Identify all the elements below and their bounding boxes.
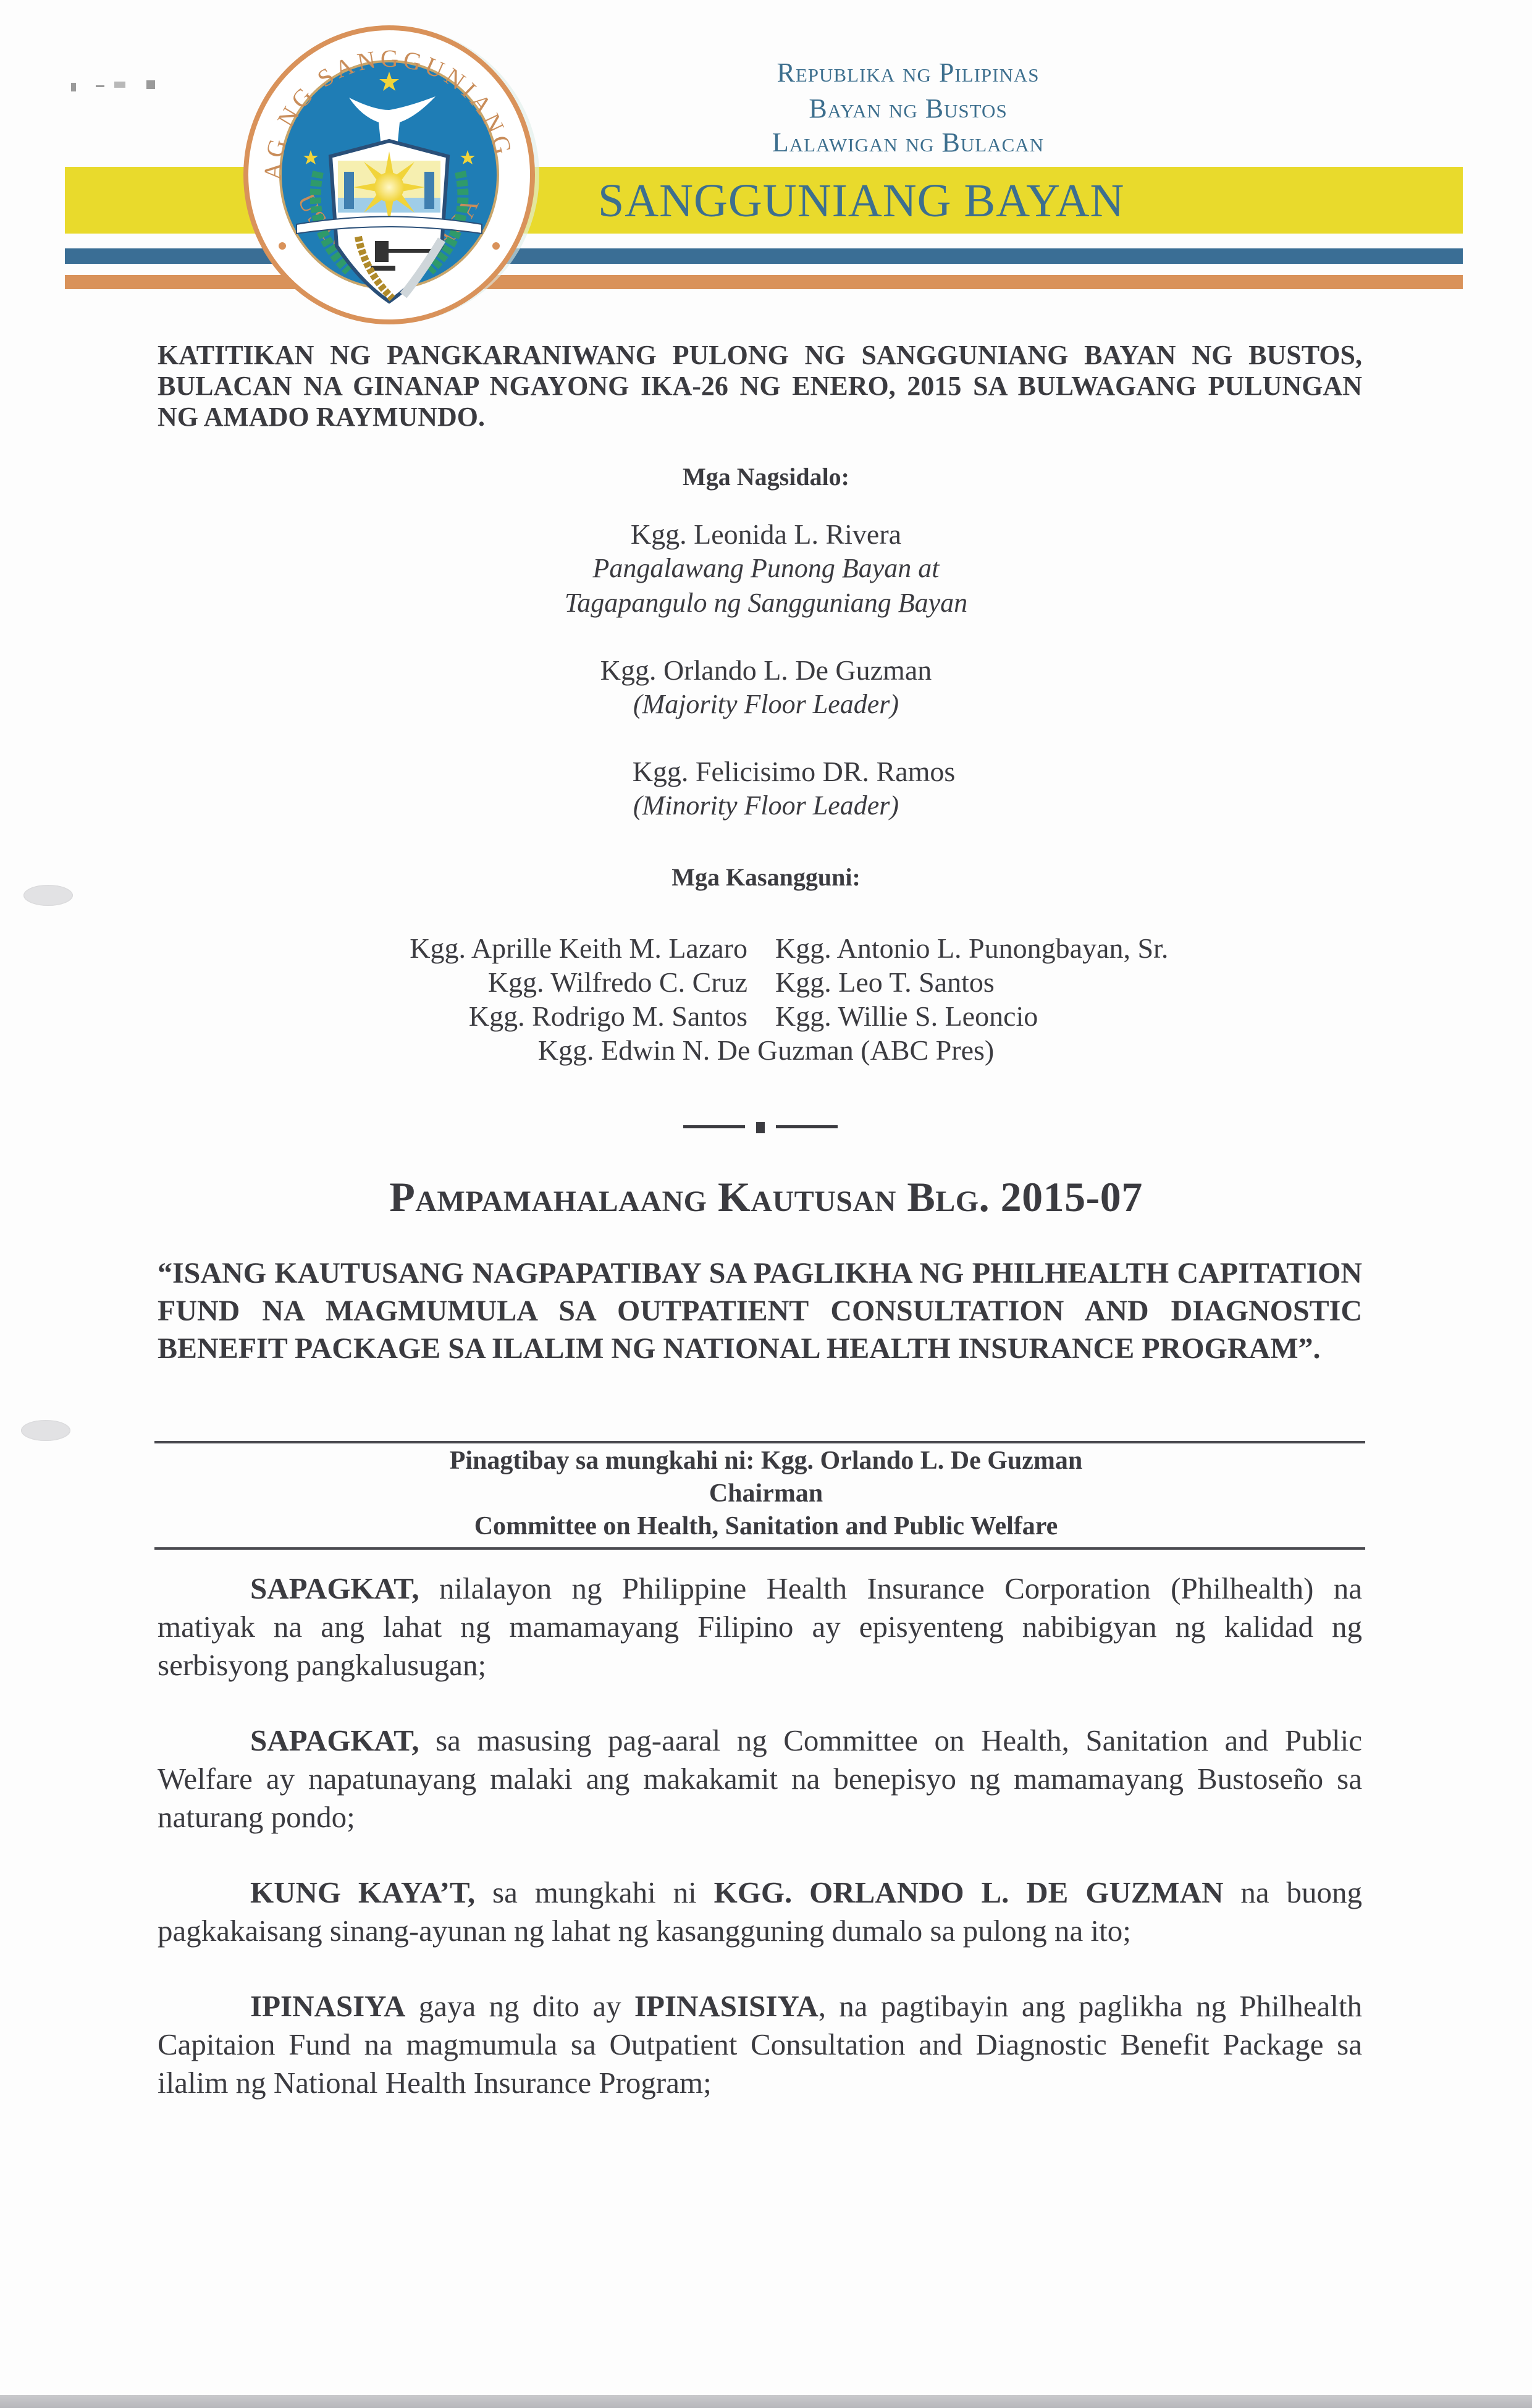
council-member: Kgg. Wilfredo C. Cruz [488,966,747,999]
council-member: Kgg. Willie S. Leoncio [775,1000,1038,1033]
council-member-abc: Kgg. Edwin N. De Guzman (ABC Pres) [0,1034,1532,1067]
council-member: Kgg. Leo T. Santos [775,966,995,999]
officer-name: Kgg. Leonida L. Rivera [0,518,1532,551]
municipal-seal-icon: SAGISAG NG SANGGUNIANG BAYAN BUSTOS, BUL… [238,23,541,326]
sponsor-rule-bottom [154,1547,1365,1550]
scan-artifact [71,79,170,104]
council-row: Kgg. Wilfredo C. Cruz Kgg. Leo T. Santos [0,966,1532,1000]
officer-role: Pangalawang Punong Bayan at [0,552,1532,584]
punch-hole [23,885,73,906]
sponsor-rule-top [154,1441,1365,1443]
council-member: Kgg. Antonio L. Punongbayan, Sr. [775,932,1168,965]
ordinance-title: Pampamahalaang Kautusan Blg. 2015-07 [0,1173,1532,1222]
council-member: Kgg. Aprille Keith M. Lazaro [410,932,747,965]
council-heading: Mga Kasangguni: [0,863,1532,892]
section-separator [683,1120,838,1133]
letterhead-banner-title: SANGGUNIANG BAYAN [598,174,1124,228]
letterhead-line-municipality: Bayan ng Bustos [673,93,1143,124]
therefore-paragraph: KUNG KAYA’T, sa mungkahi ni KGG. ORLANDO… [158,1874,1362,1950]
whereas-paragraph: SAPAGKAT, sa masusing pag-aaral ng Commi… [158,1722,1362,1836]
letterhead-line-province: Lalawigan ng Bulacan [673,127,1143,158]
ordinance-subject: “ISANG KAUTUSANG NAGPAPATIBAY SA PAGLIKH… [158,1254,1362,1367]
resolved-paragraph: IPINASIYA gaya ng dito ay IPINASISIYA, n… [158,1987,1362,2102]
council-row: Kgg. Aprille Keith M. Lazaro Kgg. Antoni… [0,932,1532,966]
officer-name: Kgg. Felicisimo DR. Ramos [0,755,1532,788]
sponsor-committee: Committee on Health, Sanitation and Publ… [0,1511,1532,1541]
sponsor-position: Chairman [0,1479,1532,1508]
sponsor-line: Pinagtibay sa mungkahi ni: Kgg. Orlando … [0,1446,1532,1476]
punch-hole [21,1420,70,1441]
officer-role: (Minority Floor Leader) [0,790,1532,821]
officer-role: (Majority Floor Leader) [0,688,1532,720]
council-row: Kgg. Rodrigo M. Santos Kgg. Willie S. Le… [0,1000,1532,1034]
letterhead-line-republic: Republika ng Pilipinas [673,57,1143,88]
officer-name: Kgg. Orlando L. De Guzman [0,654,1532,686]
minutes-caption: KATITIKAN NG PANGKARANIWANG PULONG NG SA… [158,340,1362,433]
council-member: Kgg. Rodrigo M. Santos [469,1000,747,1033]
scan-edge [0,2395,1532,2408]
whereas-paragraph: SAPAGKAT, nilalayon ng Philippine Health… [158,1569,1362,1684]
officer-role: Tagapangulo ng Sangguniang Bayan [0,587,1532,619]
separator-dot-icon [756,1122,765,1133]
present-heading: Mga Nagsidalo: [0,462,1532,491]
